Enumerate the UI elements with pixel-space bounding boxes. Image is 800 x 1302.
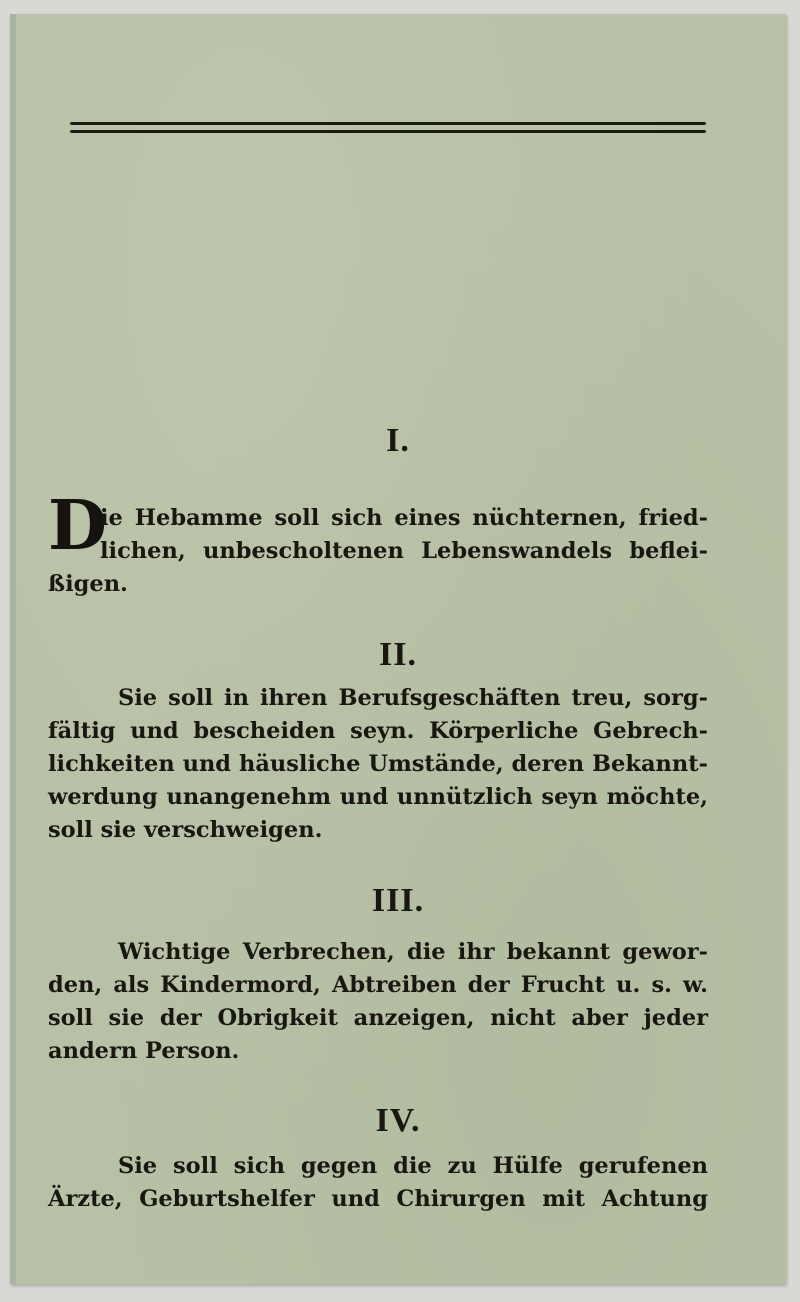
text-line: Sie soll in ihren Berufsgeschäften treu,… bbox=[48, 682, 708, 715]
section-1-paragraph: ie Hebamme soll sich eines nüchternen, f… bbox=[48, 502, 708, 601]
text-line: Ärzte, Geburtshelfer und Chirurgen mit A… bbox=[48, 1183, 708, 1216]
section-3-paragraph: Wichtige Verbrechen, die ihr bekannt gew… bbox=[48, 936, 708, 1068]
header-double-rule-bottom bbox=[70, 130, 706, 133]
text-line: andern Person. bbox=[48, 1035, 708, 1068]
text-line: ßigen. bbox=[48, 568, 708, 601]
text-line: soll sie der Obrigkeit anzeigen, nicht a… bbox=[48, 1002, 708, 1035]
section-numeral-2: II. bbox=[10, 636, 786, 674]
section-numeral-3: III. bbox=[10, 882, 786, 920]
text-line: Sie soll sich gegen die zu Hülfe gerufen… bbox=[48, 1150, 708, 1183]
section-4-paragraph: Sie soll sich gegen die zu Hülfe gerufen… bbox=[48, 1150, 708, 1216]
text-line: den, als Kindermord, Abtreiben der Fruch… bbox=[48, 969, 708, 1002]
document-page: I. D ie Hebamme soll sich eines nüchtern… bbox=[10, 14, 786, 1284]
text-line: soll sie verschweigen. bbox=[48, 814, 708, 847]
text-line: Wichtige Verbrechen, die ihr bekannt gew… bbox=[48, 936, 708, 969]
section-numeral-1: I. bbox=[10, 422, 786, 460]
text-line: fältig und bescheiden seyn. Körperliche … bbox=[48, 715, 708, 748]
text-line: lichkeiten und häusliche Umstände, deren… bbox=[48, 748, 708, 781]
text-line: ie Hebamme soll sich eines nüchternen, f… bbox=[48, 502, 708, 535]
text-line: lichen, unbescholtenen Lebenswandels bef… bbox=[48, 535, 708, 568]
text-line: werdung unangenehm und unnützlich seyn m… bbox=[48, 781, 708, 814]
section-numeral-4: IV. bbox=[10, 1102, 786, 1140]
header-double-rule-top bbox=[70, 122, 706, 125]
section-2-paragraph: Sie soll in ihren Berufsgeschäften treu,… bbox=[48, 682, 708, 847]
